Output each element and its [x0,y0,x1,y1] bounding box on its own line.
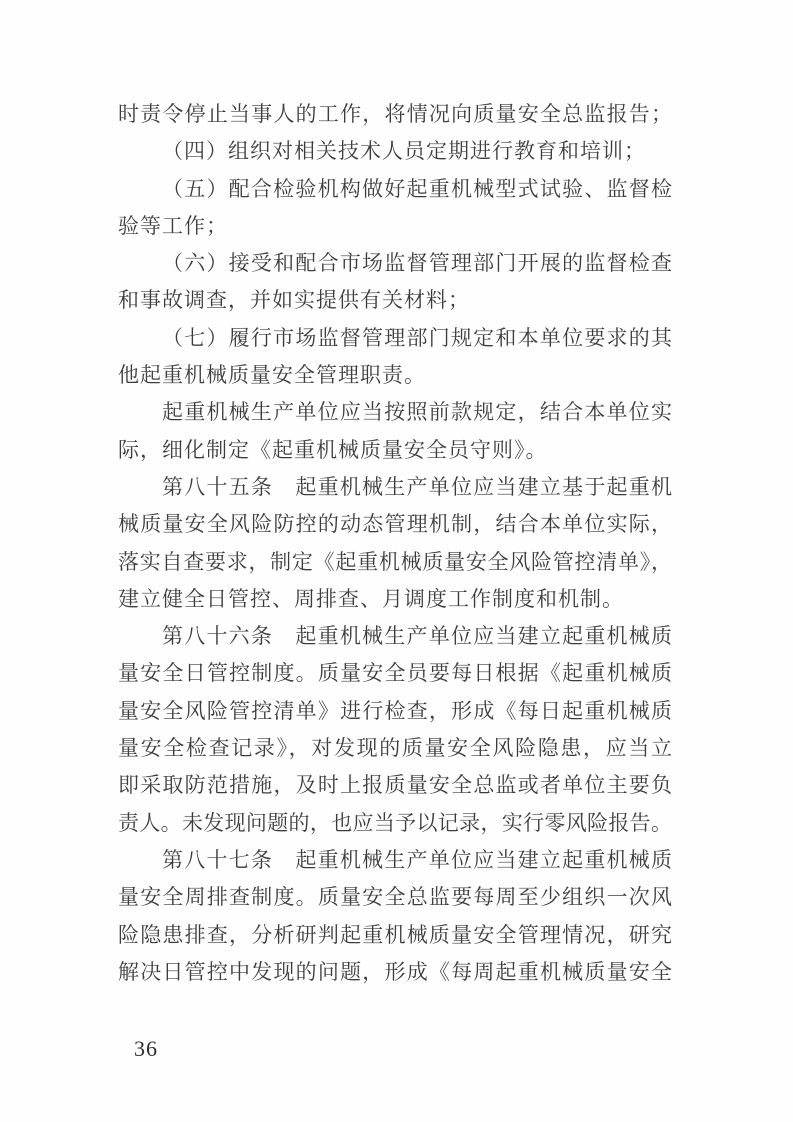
text-line: 时责令停止当事人的工作，将情况向质量安全总监报告； [118,96,672,133]
text-line: 量安全周排查制度。质量安全总监要每周至少组织一次风 [118,879,672,916]
text-line: 解决日管控中发现的问题，形成《每周起重机械质量安全 [118,954,672,991]
text-line: 第八十五条 起重机械生产单位应当建立基于起重机 [118,469,672,506]
document-body: 时责令停止当事人的工作，将情况向质量安全总监报告；（四）组织对相关技术人员定期进… [118,96,672,991]
text-line: （七）履行市场监督管理部门规定和本单位要求的其 [118,320,672,357]
text-line: 起重机械生产单位应当按照前款规定，结合本单位实 [118,394,672,431]
text-line: 验等工作； [118,208,672,245]
text-line: 建立健全日管控、周排查、月调度工作制度和机制。 [118,581,672,618]
text-line: 险隐患排查，分析研判起重机械质量安全管理情况，研究 [118,917,672,954]
text-line: （六）接受和配合市场监督管理部门开展的监督检查 [118,245,672,282]
text-line: 际，细化制定《起重机械质量安全员守则》。 [118,432,672,469]
text-line: 量安全检查记录》，对发现的质量安全风险隐患，应当立 [118,730,672,767]
text-line: 和事故调查，并如实提供有关材料； [118,282,672,319]
text-line: 械质量安全风险防控的动态管理机制，结合本单位实际， [118,506,672,543]
text-line: （四）组织对相关技术人员定期进行教育和培训； [118,133,672,170]
text-line: 第八十七条 起重机械生产单位应当建立起重机械质 [118,842,672,879]
text-line: 他起重机械质量安全管理职责。 [118,357,672,394]
text-line: 落实自查要求，制定《起重机械质量安全风险管控清单》， [118,544,672,581]
text-line: 量安全日管控制度。质量安全员要每日根据《起重机械质 [118,655,672,692]
text-line: 第八十六条 起重机械生产单位应当建立起重机械质 [118,618,672,655]
text-line: （五）配合检验机构做好起重机械型式试验、监督检 [118,171,672,208]
page-number: 36 [134,1036,158,1062]
text-line: 责人。未发现问题的，也应当予以记录，实行零风险报告。 [118,805,672,842]
text-line: 即采取防范措施，及时上报质量安全总监或者单位主要负 [118,767,672,804]
text-line: 量安全风险管控清单》进行检查，形成《每日起重机械质 [118,693,672,730]
document-page: 时责令停止当事人的工作，将情况向质量安全总监报告；（四）组织对相关技术人员定期进… [0,0,793,1122]
